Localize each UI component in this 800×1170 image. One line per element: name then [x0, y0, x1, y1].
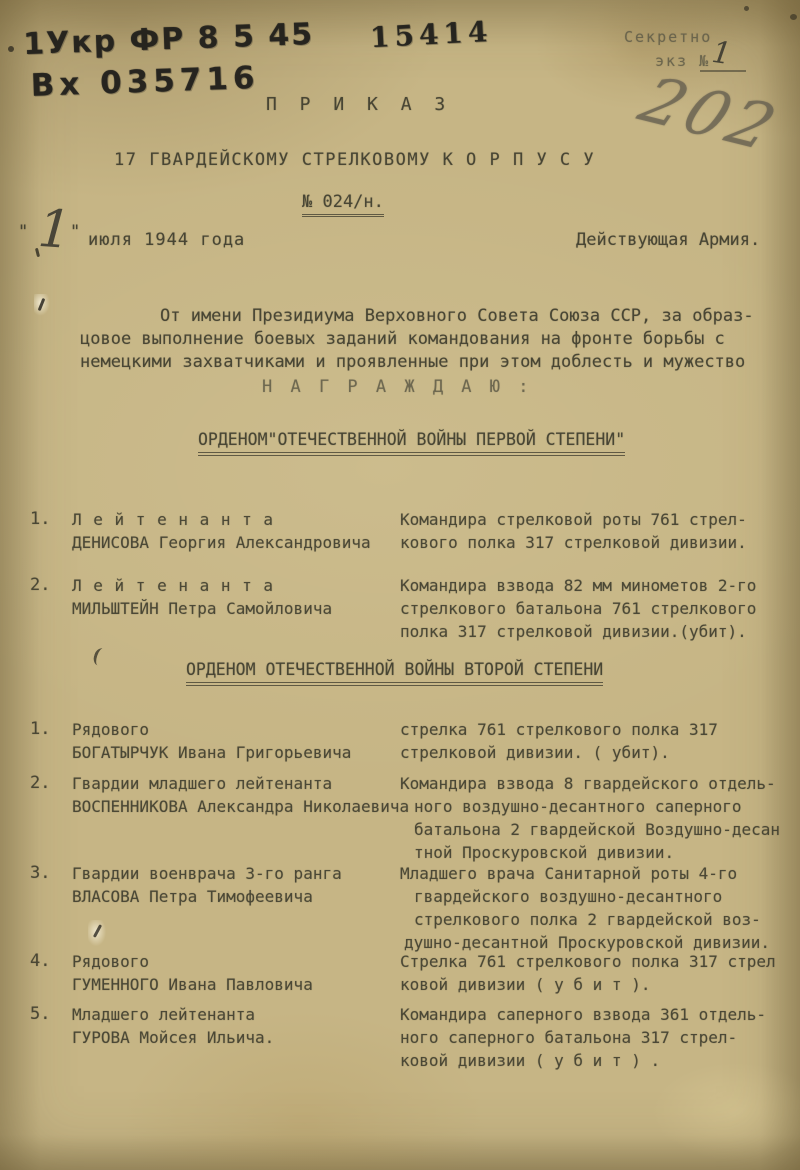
award-section-2-heading-text: ОРДЕНОМ ОТЕЧЕСТВЕННОЙ ВОЙНЫ ВТОРОЙ СТЕПЕ… — [186, 660, 603, 686]
name-line: ДЕНИСОВА Георгия Александровича — [72, 531, 371, 554]
rank-line: Л е й т е н а н т а — [72, 574, 332, 597]
position-line: ного саперного батальона 317 стрел- — [400, 1026, 766, 1049]
date-quote-close: " — [70, 222, 80, 242]
award-item-number: 3. — [30, 862, 50, 885]
name-line: МИЛЬШТЕЙН Петра Самойловича — [72, 597, 332, 620]
rank-line: Рядового — [72, 950, 313, 973]
date-rest: июля 1944 года — [88, 230, 245, 250]
preamble-line-1: От имени Президиума Верховного Совета Со… — [160, 306, 754, 326]
corner-speck-top-right — [744, 6, 749, 11]
award-section-1-heading-text: ОРДЕНОМ"ОТЕЧЕСТВЕННОЙ ВОЙНЫ ПЕРВОЙ СТЕПЕ… — [198, 430, 625, 456]
copy-number-handwritten: 1 — [710, 35, 734, 72]
name-line: ВЛАСОВА Петра Тимофеевича — [72, 885, 342, 908]
position-line: стрелкового батальона 761 стрелкового — [400, 597, 756, 620]
position-line: ковой дивизии ( у б и т ) . — [400, 1049, 766, 1072]
edge-speck-top-right — [790, 14, 797, 20]
position-line: стрелка 761 стрелкового полка 317 — [400, 718, 718, 741]
issuing-location: Действующая Армия. — [576, 230, 760, 250]
award-verb: Н А Г Р А Ж Д А Ю : — [262, 377, 532, 397]
copy-number-underline — [700, 70, 746, 72]
award-section-2-heading: ОРДЕНОМ ОТЕЧЕСТВЕННОЙ ВОЙНЫ ВТОРОЙ СТЕПЕ… — [186, 660, 603, 679]
position-line: Младшего врача Санитарной роты 4-го — [400, 862, 770, 885]
position-line: Стрелка 761 стрелкового полка 317 стрел — [400, 950, 776, 973]
order-addressee: 17 ГВАРДЕЙСКОМУ СТРЕЛКОВОМУ К О Р П У С … — [114, 150, 595, 170]
award-section-1-heading: ОРДЕНОМ"ОТЕЧЕСТВЕННОЙ ВОЙНЫ ПЕРВОЙ СТЕПЕ… — [198, 430, 625, 449]
position-line: Командира взвода 8 гвардейского отдель- — [400, 772, 780, 795]
secrecy-label: Секретно — [624, 28, 712, 46]
position-line: тной Проскуровской дивизии. — [400, 841, 780, 864]
award-item-number: 1. — [30, 508, 50, 531]
award-item-number: 2. — [30, 574, 50, 597]
serial-number-stamp: 15414 — [369, 15, 493, 54]
position-line: Командира стрелковой роты 761 стрел- — [400, 508, 747, 531]
name-line: ГУРОВА Мойсея Ильича. — [72, 1026, 274, 1049]
position-line: полка 317 стрелковой дивизии.(убит). — [400, 620, 756, 643]
stamp-dot — [8, 46, 14, 52]
position-line: стрелковой дивизии. ( убит). — [400, 741, 718, 764]
position-line: Командира саперного взвода 361 отдель- — [400, 1003, 766, 1026]
name-line: БОГАТЫРЧУК Ивана Григорьевича — [72, 741, 351, 764]
rank-line: Рядового — [72, 718, 351, 741]
date-quote-open: " — [18, 222, 28, 242]
position-line: ковой дивизии ( у б и т ). — [400, 973, 776, 996]
rank-line: Л е й т е н а н т а — [72, 508, 371, 531]
order-number-text: № 024/н. — [302, 192, 384, 217]
position-line: ного воздушно-десантного саперного — [400, 795, 780, 818]
award-item-number: 5. — [30, 1003, 50, 1026]
name-line: ГУМЕННОГО Ивана Павловича — [72, 973, 313, 996]
name-line: ВОСПЕННИКОВА Александра Николаевича — [72, 795, 409, 818]
rank-line: Гвардии младшего лейтенанта — [72, 772, 409, 795]
award-item-number: 4. — [30, 950, 50, 973]
position-line: батальона 2 гвардейской Воздушно-десан — [400, 818, 780, 841]
rank-line: Гвардии военврача 3-го ранга — [72, 862, 342, 885]
position-line: кового полка 317 стрелковой дивизии. — [400, 531, 747, 554]
preamble-line-3: немецкими захватчиками и проявленные при… — [80, 352, 745, 372]
award-item-number: 1. — [30, 718, 50, 741]
position-line: гвардейского воздушно-десантного — [400, 885, 770, 908]
position-line: стрелкового полка 2 гвардейской воз- — [400, 908, 770, 931]
fold-mark — [92, 646, 110, 667]
position-line: Командира взвода 82 мм минометов 2-го — [400, 574, 756, 597]
order-title: П Р И К А З — [266, 94, 451, 115]
registration-stamp-line1: 1Укр ФР 8 5 45 — [23, 17, 315, 62]
pencil-page-number: 202 — [629, 64, 790, 165]
date-day-handwritten: 1 — [36, 199, 73, 261]
scanned-order-document: 1Укр ФР 8 5 45 Вх 035716 15414 Секретно … — [0, 0, 800, 1170]
order-number: № 024/н. — [302, 192, 384, 212]
registration-stamp: 1Укр ФР 8 5 45 Вх 035716 — [23, 17, 316, 104]
rank-line: Младшего лейтенанта — [72, 1003, 274, 1026]
preamble-line-2: цовое выполнение боевых заданий командов… — [80, 329, 725, 349]
award-item-number: 2. — [30, 772, 50, 795]
